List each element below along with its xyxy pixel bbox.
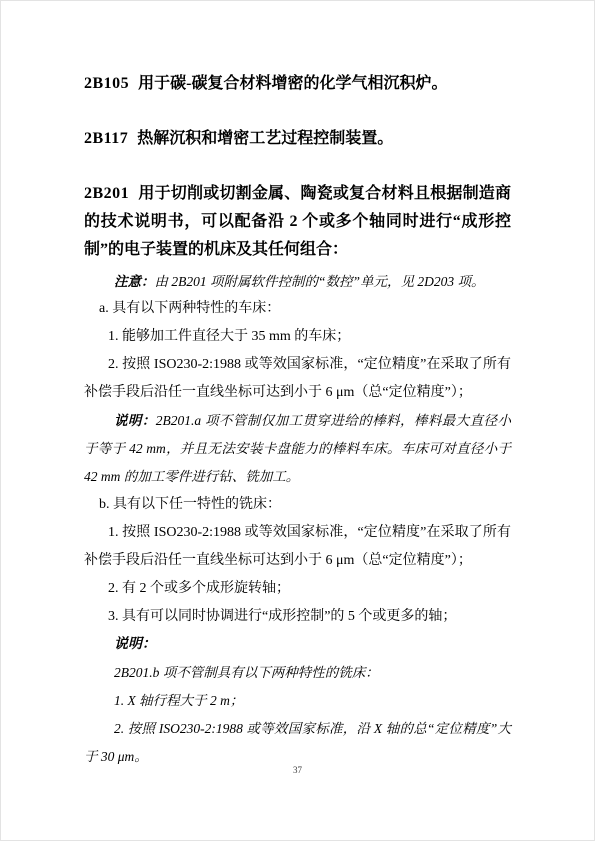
entry-2b201-note: 注意：由 2B201 项附属软件控制的“数控”单元，见 2D203 项。 (84, 269, 511, 295)
page-content: 2B105用于碳-碳复合材料增密的化学气相沉积炉。 2B117热解沉积和增密工艺… (84, 70, 511, 771)
note-b-item-2: 2. 按照 ISO230-2:1988 或等效国家标准，沿 X 轴的总“定位精度… (84, 715, 511, 771)
entry-2b201-heading: 2B201用于切削或切割金属、陶瓷或复合材料且根据制造商的技术说明书，可以配备沿… (84, 180, 511, 264)
item-b-heading: b. 具有以下任一特性的铣床： (84, 491, 511, 519)
note-b-item-1: 1. X 轴行程大于 2 m； (84, 687, 511, 715)
note-label: 注意： (114, 274, 155, 289)
entry-2b105-heading: 2B105用于碳-碳复合材料增密的化学气相沉积炉。 (84, 70, 511, 98)
entry-2b117-code: 2B117 (84, 130, 128, 147)
note-a: 说明：2B201.a 项不管制仅加工贯穿进给的棒料，棒料最大直径小于等于 42 … (84, 407, 511, 491)
note-b-intro: 2B201.b 项不管制具有以下两种特性的铣床： (84, 659, 511, 687)
note-a-label: 说明： (114, 413, 156, 428)
item-a-1: 1. 能够加工件直径大于 35 mm 的车床； (84, 323, 511, 351)
item-b-3: 3. 具有可以同时协调进行“成形控制”的 5 个或更多的轴； (84, 603, 511, 631)
entry-2b117-title: 热解沉积和增密工艺过程控制装置。 (137, 130, 393, 147)
entry-2b201-code: 2B201 (84, 185, 129, 202)
note-text: 由 2B201 项附属软件控制的“数控”单元，见 2D203 项。 (155, 274, 485, 289)
note-b-label: 说明： (114, 637, 156, 652)
item-b-1: 1. 按照 ISO230-2:1988 或等效国家标准，“定位精度”在采取了所有… (84, 519, 511, 575)
entry-2b105-title: 用于碳-碳复合材料增密的化学气相沉积炉。 (138, 75, 447, 92)
page-number: 37 (1, 765, 594, 775)
item-a-heading: a. 具有以下两种特性的车床： (84, 295, 511, 323)
entry-2b117-heading: 2B117热解沉积和增密工艺过程控制装置。 (84, 125, 511, 153)
entry-2b105-code: 2B105 (84, 75, 129, 92)
note-b-label-line: 说明： (84, 631, 511, 659)
entry-2b201-title: 用于切削或切割金属、陶瓷或复合材料且根据制造商的技术说明书，可以配备沿 2 个或… (84, 185, 511, 258)
item-a-2: 2. 按照 ISO230-2:1988 或等效国家标准，“定位精度”在采取了所有… (84, 351, 511, 407)
item-b-2: 2. 有 2 个或多个成形旋转轴； (84, 575, 511, 603)
document-page: 2B105用于碳-碳复合材料增密的化学气相沉积炉。 2B117热解沉积和增密工艺… (0, 0, 595, 841)
